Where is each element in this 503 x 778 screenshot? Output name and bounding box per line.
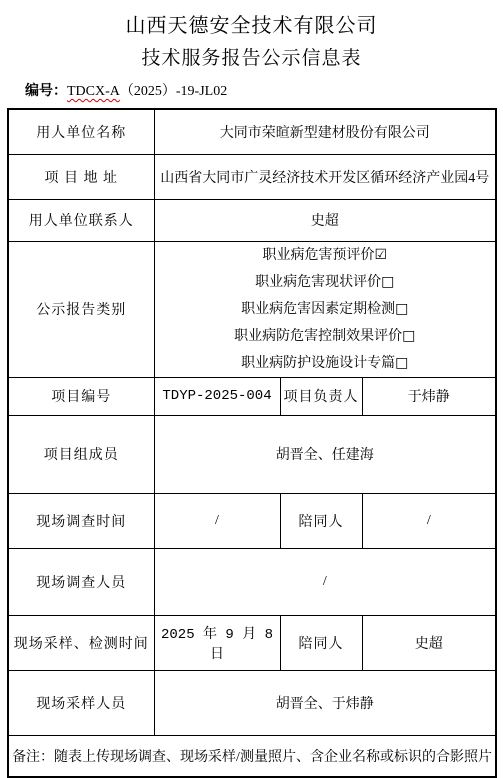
sampling-staff-label: 现场采样人员 xyxy=(8,670,154,735)
team-value: 胡晋全、任建海 xyxy=(154,415,496,493)
survey-companion-value: / xyxy=(362,493,496,548)
checkbox-unchecked-icon: □ xyxy=(381,274,394,290)
table-row-survey-time: 现场调查时间 / 陪同人 / xyxy=(8,493,496,548)
sampling-companion-label: 陪同人 xyxy=(280,615,362,670)
company-title: 山西天德安全技术有限公司 xyxy=(0,11,503,41)
sampling-time-value: 2025 年 9 月 8 日 xyxy=(154,615,280,670)
survey-companion-label: 陪同人 xyxy=(280,493,362,548)
report-type-option-facility-design: 职业病防护设施设计专篇□ xyxy=(157,350,494,377)
survey-time-label: 现场调查时间 xyxy=(8,493,154,548)
survey-staff-label: 现场调查人员 xyxy=(8,548,154,615)
checkbox-checked-icon: ☑ xyxy=(374,247,387,263)
report-type-option-pre-evaluation: 职业病危害预评价☑ xyxy=(157,242,494,269)
checkbox-unchecked-icon: □ xyxy=(395,355,408,371)
table-row-survey-staff: 现场调查人员 / xyxy=(8,548,496,615)
sampling-staff-value: 胡晋全、于炜静 xyxy=(154,670,496,735)
address-value: 山西省大同市广灵经济技术开发区循环经济产业园4号 xyxy=(154,154,496,199)
project-leader-value: 于炜静 xyxy=(362,377,496,415)
option-text: 职业病危害现状评价 xyxy=(255,275,381,290)
option-text: 职业病危害预评价 xyxy=(262,248,374,263)
option-text: 职业病防护设施设计专篇 xyxy=(241,356,395,371)
sampling-companion-value: 史超 xyxy=(362,615,496,670)
document-title: 技术服务报告公示信息表 xyxy=(0,45,503,73)
contact-value: 史超 xyxy=(154,199,496,241)
option-text: 职业病防危害控制效果评价 xyxy=(234,329,402,344)
table-row-employer: 用人单位名称 大同市荣暄新型建材股份有限公司 xyxy=(8,109,496,154)
project-leader-label: 项目负责人 xyxy=(280,377,362,415)
report-page: 山西天德安全技术有限公司 技术服务报告公示信息表 编号：TDCX-A（2025）… xyxy=(0,0,503,778)
table-row-contact: 用人单位联系人 史超 xyxy=(8,199,496,241)
report-type-label: 公示报告类别 xyxy=(8,241,154,377)
table-row-project: 项目编号 TDYP-2025-004 项目负责人 于炜静 xyxy=(8,377,496,415)
checkbox-unchecked-icon: □ xyxy=(402,328,415,344)
doc-number-rest: （2025）-19-JL02 xyxy=(120,84,227,99)
doc-number-line: 编号：TDCX-A（2025）-19-JL02 xyxy=(25,83,503,101)
table-row-report-type: 公示报告类别 职业病危害预评价☑ 职业病危害现状评价□ 职业病危害因素定期检测□… xyxy=(8,241,496,377)
table-row-team: 项目组成员 胡晋全、任建海 xyxy=(8,415,496,493)
project-number-value: TDYP-2025-004 xyxy=(154,377,280,415)
option-text: 职业病危害因素定期检测 xyxy=(241,302,395,317)
report-type-option-periodic-testing: 职业病危害因素定期检测□ xyxy=(157,296,494,323)
contact-label: 用人单位联系人 xyxy=(8,199,154,241)
employer-label: 用人单位名称 xyxy=(8,109,154,154)
table-row-sampling-time: 现场采样、检测时间 2025 年 9 月 8 日 陪同人 史超 xyxy=(8,615,496,670)
table-row-sampling-staff: 现场采样人员 胡晋全、于炜静 xyxy=(8,670,496,735)
report-type-options: 职业病危害预评价☑ 职业病危害现状评价□ 职业病危害因素定期检测□ 职业病防危害… xyxy=(154,241,496,377)
doc-number-label: 编号： xyxy=(25,84,67,99)
employer-value: 大同市荣暄新型建材股份有限公司 xyxy=(154,109,496,154)
table-row-address: 项 目 地 址 山西省大同市广灵经济技术开发区循环经济产业园4号 xyxy=(8,154,496,199)
public-info-table: 用人单位名称 大同市荣暄新型建材股份有限公司 项 目 地 址 山西省大同市广灵经… xyxy=(7,108,497,778)
report-type-option-control-effect: 职业病防危害控制效果评价□ xyxy=(157,323,494,350)
report-type-option-status-evaluation: 职业病危害现状评价□ xyxy=(157,269,494,296)
survey-staff-value: / xyxy=(154,548,496,615)
address-label: 项 目 地 址 xyxy=(8,154,154,199)
doc-number-code: TDCX-A xyxy=(67,84,120,99)
sampling-time-label: 现场采样、检测时间 xyxy=(8,615,154,670)
checkbox-unchecked-icon: □ xyxy=(395,301,408,317)
project-number-label: 项目编号 xyxy=(8,377,154,415)
survey-time-value: / xyxy=(154,493,280,548)
team-label: 项目组成员 xyxy=(8,415,154,493)
